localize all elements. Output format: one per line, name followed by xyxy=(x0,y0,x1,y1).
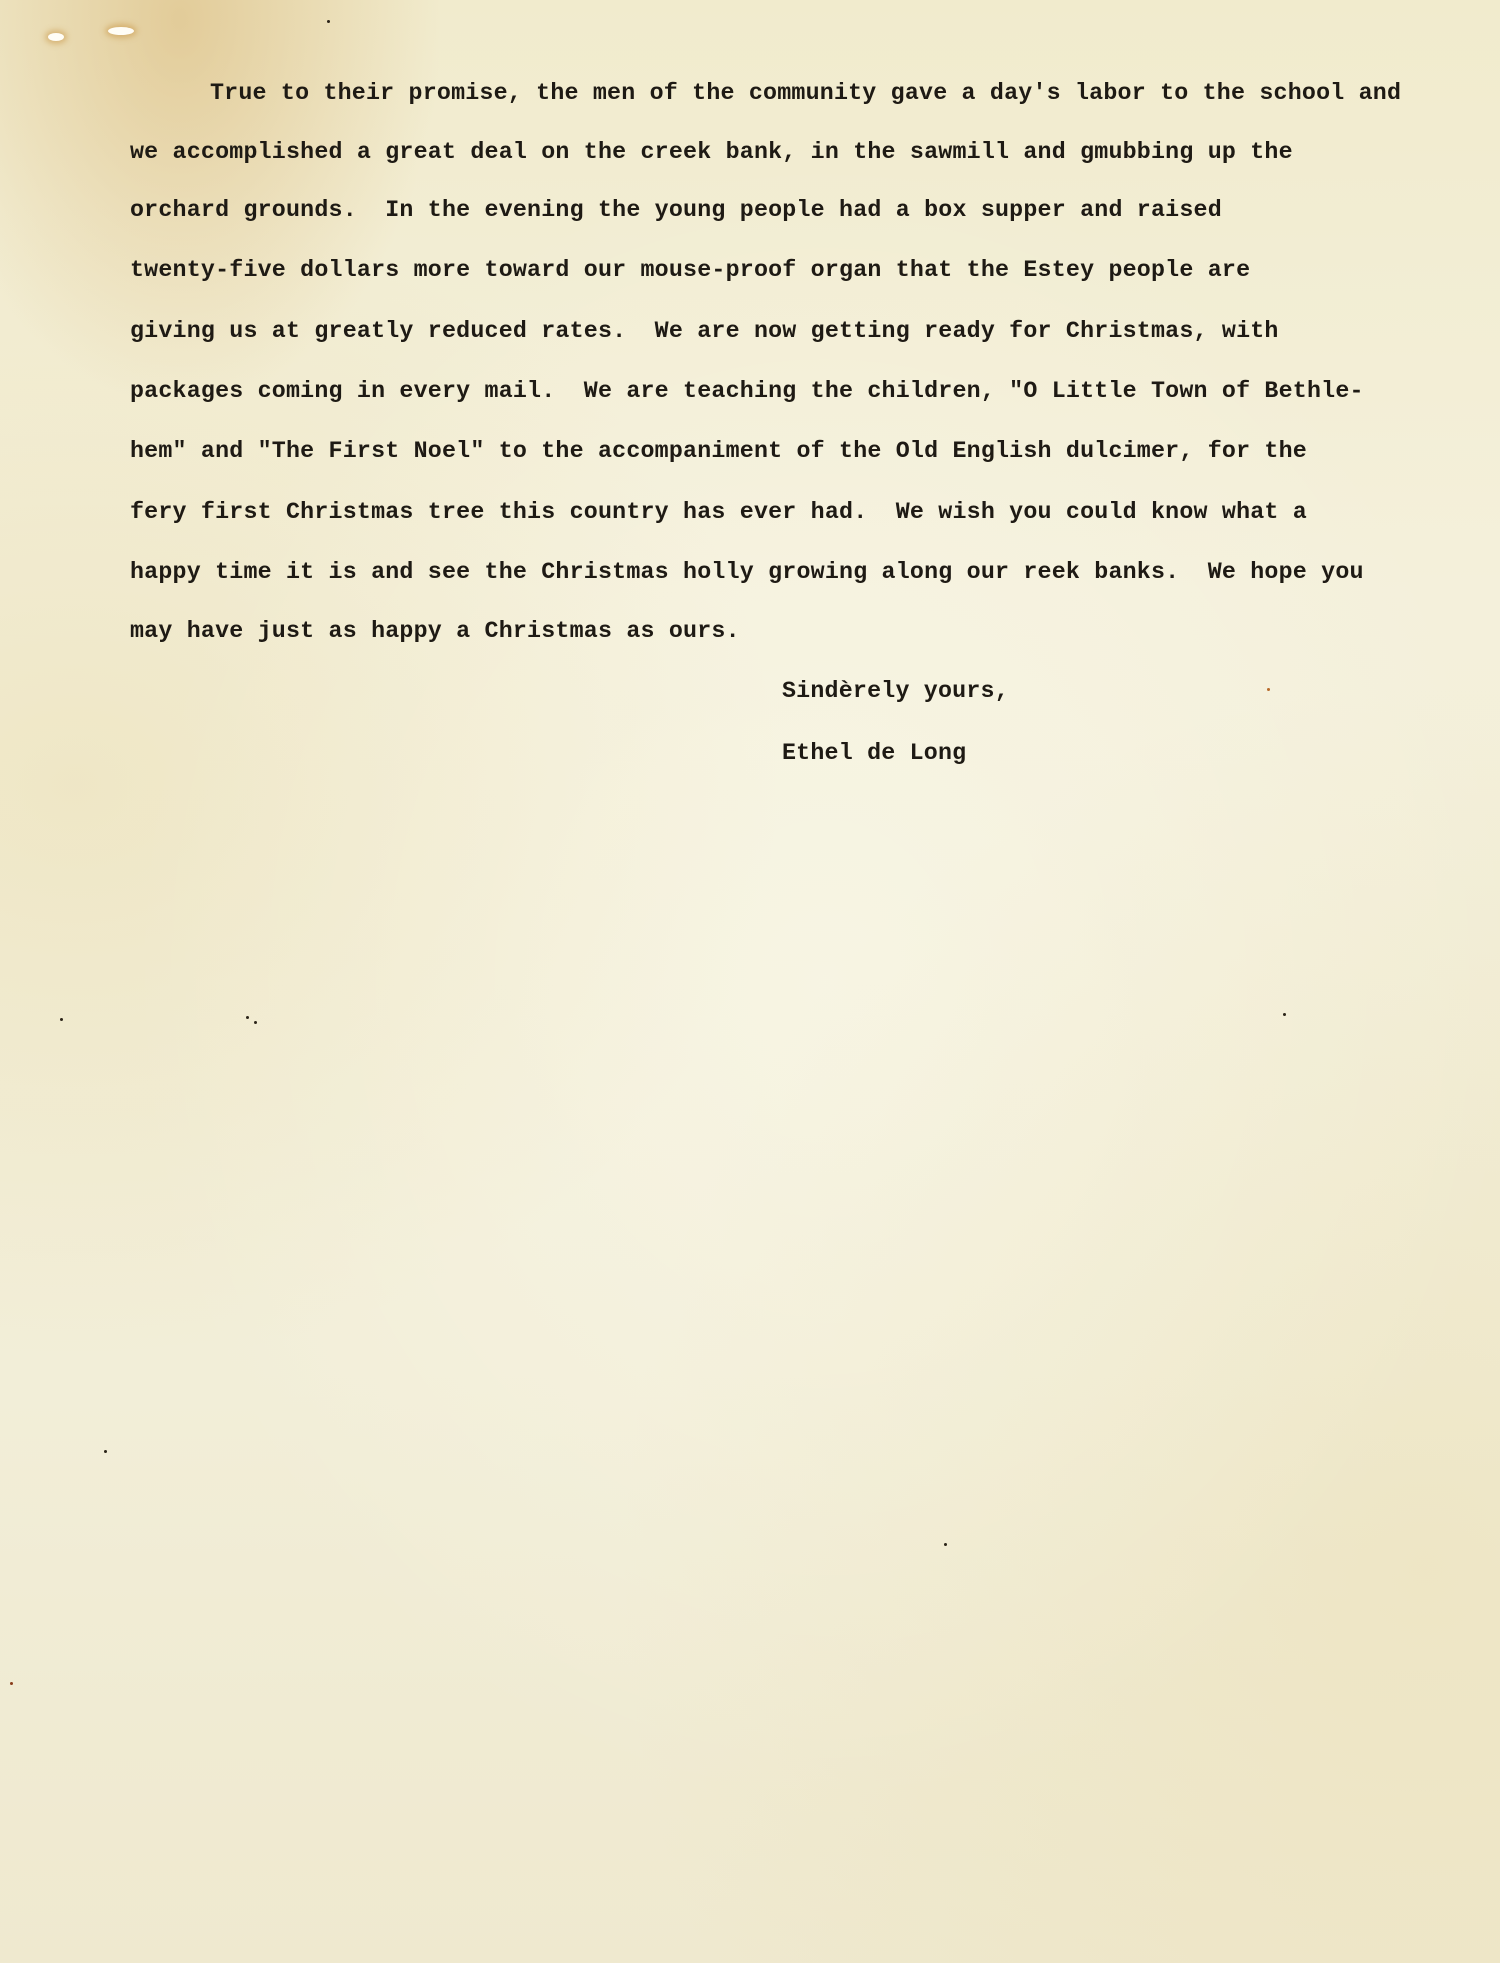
paper-tear-mark xyxy=(108,27,134,35)
paper-speck xyxy=(60,1018,63,1021)
paper-speck xyxy=(104,1450,107,1453)
paper-speck xyxy=(944,1543,947,1546)
paper-speck xyxy=(1267,688,1270,691)
letter-line: may have just as happy a Christmas as ou… xyxy=(130,620,740,643)
letter-line: orchard grounds. In the evening the youn… xyxy=(130,199,1222,222)
paper-speck xyxy=(246,1016,249,1019)
letter-line: happy time it is and see the Christmas h… xyxy=(130,561,1364,584)
signature-name: Ethel de Long xyxy=(782,742,966,765)
paper-speck xyxy=(10,1682,13,1685)
letter-line: True to their promise, the men of the co… xyxy=(210,82,1401,105)
letter-line: twenty-five dollars more toward our mous… xyxy=(130,259,1250,282)
paper-speck xyxy=(254,1021,257,1024)
letter-line: fery first Christmas tree this country h… xyxy=(130,501,1307,524)
letter-line: hem" and "The First Noel" to the accompa… xyxy=(130,440,1307,463)
closing-salutation: Sindèrely yours, xyxy=(782,680,1009,703)
letter-line: packages coming in every mail. We are te… xyxy=(130,380,1364,403)
paper-background xyxy=(0,0,1500,1963)
paper-speck xyxy=(327,20,330,23)
letter-line: we accomplished a great deal on the cree… xyxy=(130,141,1293,164)
paper-speck xyxy=(1283,1013,1286,1016)
letter-line: giving us at greatly reduced rates. We a… xyxy=(130,320,1279,343)
paper-tear-mark xyxy=(48,33,64,41)
